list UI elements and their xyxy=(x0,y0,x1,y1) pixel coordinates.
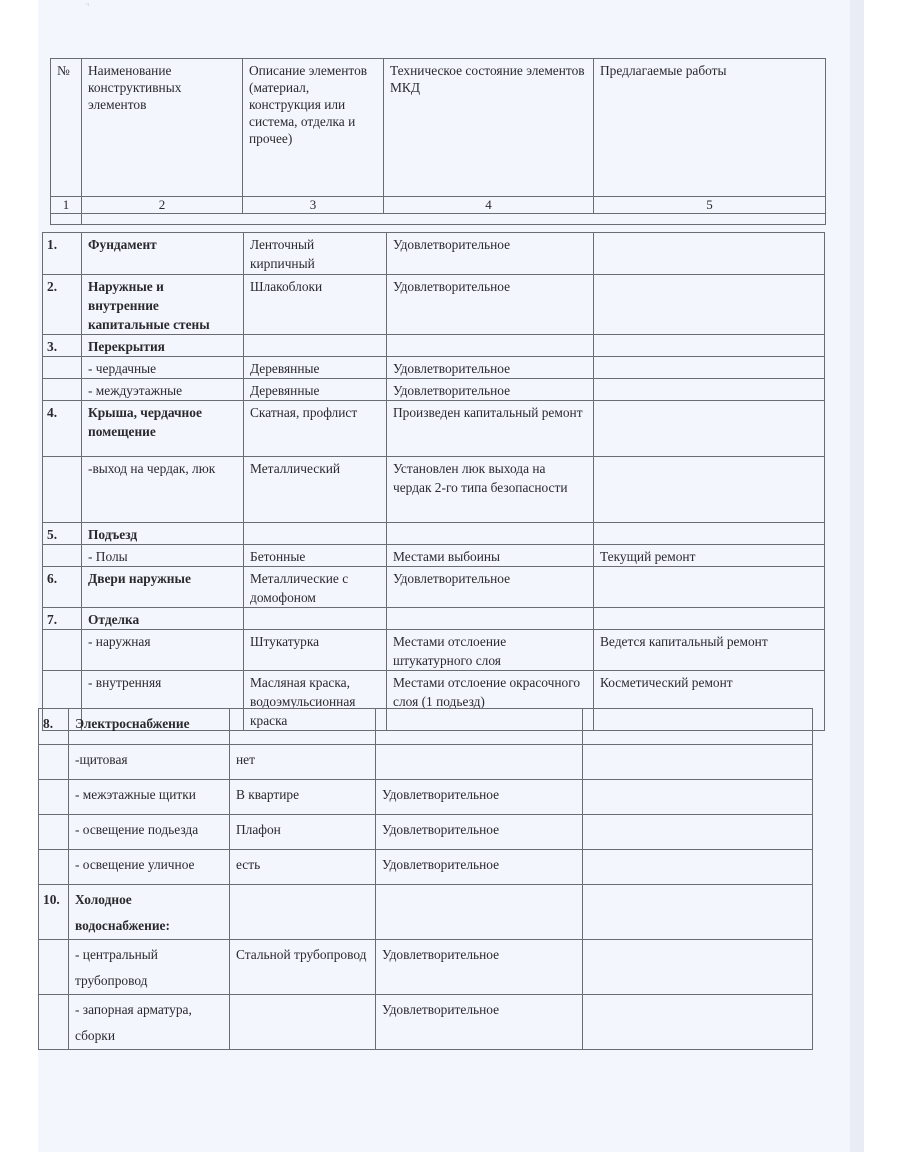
element-name: - Полы xyxy=(82,545,244,567)
element-name: -выход на чердак, люк xyxy=(82,457,244,523)
table-row: 10.Холодное водоснабжение: xyxy=(39,885,813,940)
proposed-works xyxy=(594,233,825,275)
row-number xyxy=(39,780,69,815)
element-condition xyxy=(387,608,594,630)
row-number: 5. xyxy=(43,523,82,545)
element-description: Скатная, профлист xyxy=(244,401,387,457)
element-description: Шлакоблоки xyxy=(244,275,387,335)
proposed-works xyxy=(594,379,825,401)
row-number xyxy=(39,850,69,885)
element-name: - запорная арматура, сборки xyxy=(69,995,230,1050)
element-description xyxy=(244,523,387,545)
proposed-works: Ведется капитальный ремонт xyxy=(594,630,825,671)
row-number: 3. xyxy=(43,335,82,357)
element-description: Штукатурка xyxy=(244,630,387,671)
row-number xyxy=(43,630,82,671)
element-condition: Удовлетворительное xyxy=(376,940,583,995)
element-condition: Удовлетворительное xyxy=(387,379,594,401)
table-row: - запорная арматура, сборкиУдовлетворите… xyxy=(39,995,813,1050)
proposed-works xyxy=(583,780,813,815)
row-number xyxy=(43,357,82,379)
row-number xyxy=(39,815,69,850)
element-condition: Удовлетворительное xyxy=(387,567,594,608)
element-name: Перекрытия xyxy=(82,335,244,357)
table-row: - наружнаяШтукатуркаМестами отслоение шт… xyxy=(43,630,825,671)
element-name: Холодное водоснабжение: xyxy=(69,885,230,940)
header-cell-name: Наименование конструктивных элементов xyxy=(82,59,243,197)
element-condition: Произведен капитальный ремонт xyxy=(387,401,594,457)
element-description: Плафон xyxy=(230,815,376,850)
header-table: № Наименование конструктивных элементов … xyxy=(50,58,826,225)
column-number: 2 xyxy=(82,197,243,214)
spacer-cell xyxy=(51,214,82,225)
element-name: Отделка xyxy=(82,608,244,630)
column-number: 5 xyxy=(594,197,826,214)
proposed-works xyxy=(583,709,813,745)
element-condition xyxy=(387,335,594,357)
element-description: Металлические с домофоном xyxy=(244,567,387,608)
header-cell-works: Предлагаемые работы xyxy=(594,59,826,197)
spacer-cell xyxy=(82,214,826,225)
element-condition: Удовлетворительное xyxy=(387,275,594,335)
row-number xyxy=(43,379,82,401)
proposed-works xyxy=(594,608,825,630)
proposed-works xyxy=(583,940,813,995)
row-number xyxy=(39,995,69,1050)
element-condition: Удовлетворительное xyxy=(387,233,594,275)
element-name: Электроснабжение xyxy=(69,709,230,745)
element-name: Подъезд xyxy=(82,523,244,545)
element-condition: Местами выбоины xyxy=(387,545,594,567)
element-name: Наружные и внутренние капитальные стены xyxy=(82,275,244,335)
element-description: есть xyxy=(230,850,376,885)
table-row: 3.Перекрытия xyxy=(43,335,825,357)
header-cell-description: Описание элементов (материал, конструкци… xyxy=(243,59,384,197)
proposed-works xyxy=(583,850,813,885)
proposed-works xyxy=(583,995,813,1050)
proposed-works xyxy=(594,457,825,523)
row-number: 1. xyxy=(43,233,82,275)
element-name: - межэтажные щитки xyxy=(69,780,230,815)
element-condition: Удовлетворительное xyxy=(387,357,594,379)
element-name: Фундамент xyxy=(82,233,244,275)
table-row: -щитоваянет xyxy=(39,745,813,780)
proposed-works: Текущий ремонт xyxy=(594,545,825,567)
element-description: В квартире xyxy=(230,780,376,815)
element-description: нет xyxy=(230,745,376,780)
elements-table-lower: 8.Электроснабжение-щитоваянет- межэтажны… xyxy=(38,708,813,1050)
proposed-works xyxy=(594,275,825,335)
header-cell-number: № xyxy=(51,59,82,197)
element-description: Деревянные xyxy=(244,379,387,401)
proposed-works xyxy=(583,745,813,780)
element-condition: Удовлетворительное xyxy=(376,815,583,850)
element-description xyxy=(230,709,376,745)
element-description xyxy=(244,608,387,630)
table-row: - чердачныеДеревянныеУдовлетворительное xyxy=(43,357,825,379)
element-condition: Местами отслоение штукатурного слоя xyxy=(387,630,594,671)
row-number xyxy=(43,457,82,523)
element-description: Бетонные xyxy=(244,545,387,567)
element-condition xyxy=(376,709,583,745)
elements-table-upper: 1.ФундаментЛенточный кирпичныйУдовлетвор… xyxy=(42,232,825,731)
table-row: 1.ФундаментЛенточный кирпичныйУдовлетвор… xyxy=(43,233,825,275)
element-condition xyxy=(387,523,594,545)
table-row: 8.Электроснабжение xyxy=(39,709,813,745)
table-row: 5.Подъезд xyxy=(43,523,825,545)
element-name: - освещение уличное xyxy=(69,850,230,885)
element-description: Металлический xyxy=(244,457,387,523)
proposed-works xyxy=(594,567,825,608)
column-numbers-row: 1 2 3 4 5 xyxy=(51,197,826,214)
element-name: -щитовая xyxy=(69,745,230,780)
element-condition xyxy=(376,885,583,940)
element-name: Крыша, чердачное помещение xyxy=(82,401,244,457)
table-row: 2.Наружные и внутренние капитальные стен… xyxy=(43,275,825,335)
element-description: Ленточный кирпичный xyxy=(244,233,387,275)
spacer-row xyxy=(51,214,826,225)
row-number: 6. xyxy=(43,567,82,608)
row-number: 7. xyxy=(43,608,82,630)
element-name: - центральный трубопровод xyxy=(69,940,230,995)
table-row: - освещение уличноеестьУдовлетворительно… xyxy=(39,850,813,885)
proposed-works xyxy=(594,335,825,357)
element-condition xyxy=(376,745,583,780)
page-edge-shadow xyxy=(850,0,864,1152)
table-row: - освещение подьездаПлафонУдовлетворител… xyxy=(39,815,813,850)
column-number: 1 xyxy=(51,197,82,214)
row-number: 4. xyxy=(43,401,82,457)
element-condition: Удовлетворительное xyxy=(376,780,583,815)
element-name: - междуэтажные xyxy=(82,379,244,401)
header-row: № Наименование конструктивных элементов … xyxy=(51,59,826,197)
table-row: - центральный трубопроводСтальной трубоп… xyxy=(39,940,813,995)
row-number xyxy=(39,745,69,780)
table-row: - междуэтажныеДеревянныеУдовлетворительн… xyxy=(43,379,825,401)
table-row: - ПолыБетонныеМестами выбоиныТекущий рем… xyxy=(43,545,825,567)
element-description xyxy=(244,335,387,357)
element-condition: Удовлетворительное xyxy=(376,995,583,1050)
table-row: 7.Отделка xyxy=(43,608,825,630)
table-row: -выход на чердак, люкМеталлическийУстано… xyxy=(43,457,825,523)
element-condition: Установлен люк выхода на чердак 2-го тип… xyxy=(387,457,594,523)
element-condition: Удовлетворительное xyxy=(376,850,583,885)
element-name: - наружная xyxy=(82,630,244,671)
element-name: - чердачные xyxy=(82,357,244,379)
column-number: 4 xyxy=(384,197,594,214)
table-row: 4.Крыша, чердачное помещениеСкатная, про… xyxy=(43,401,825,457)
proposed-works xyxy=(594,401,825,457)
element-description xyxy=(230,885,376,940)
element-description: Стальной трубопровод xyxy=(230,940,376,995)
element-description: Деревянные xyxy=(244,357,387,379)
table-row: - межэтажные щиткиВ квартиреУдовлетворит… xyxy=(39,780,813,815)
column-number: 3 xyxy=(243,197,384,214)
element-name: Двери наружные xyxy=(82,567,244,608)
header-cell-condition: Техническое состояние элементов МКД xyxy=(384,59,594,197)
scan-mark: ч xyxy=(86,2,89,8)
row-number xyxy=(39,940,69,995)
row-number: 10. xyxy=(39,885,69,940)
proposed-works xyxy=(583,885,813,940)
element-name: - освещение подьезда xyxy=(69,815,230,850)
proposed-works xyxy=(594,357,825,379)
proposed-works xyxy=(594,523,825,545)
proposed-works xyxy=(583,815,813,850)
row-number xyxy=(43,545,82,567)
table-row: 6.Двери наружныеМеталлические с домофоно… xyxy=(43,567,825,608)
element-description xyxy=(230,995,376,1050)
row-number: 2. xyxy=(43,275,82,335)
row-number: 8. xyxy=(39,709,69,745)
